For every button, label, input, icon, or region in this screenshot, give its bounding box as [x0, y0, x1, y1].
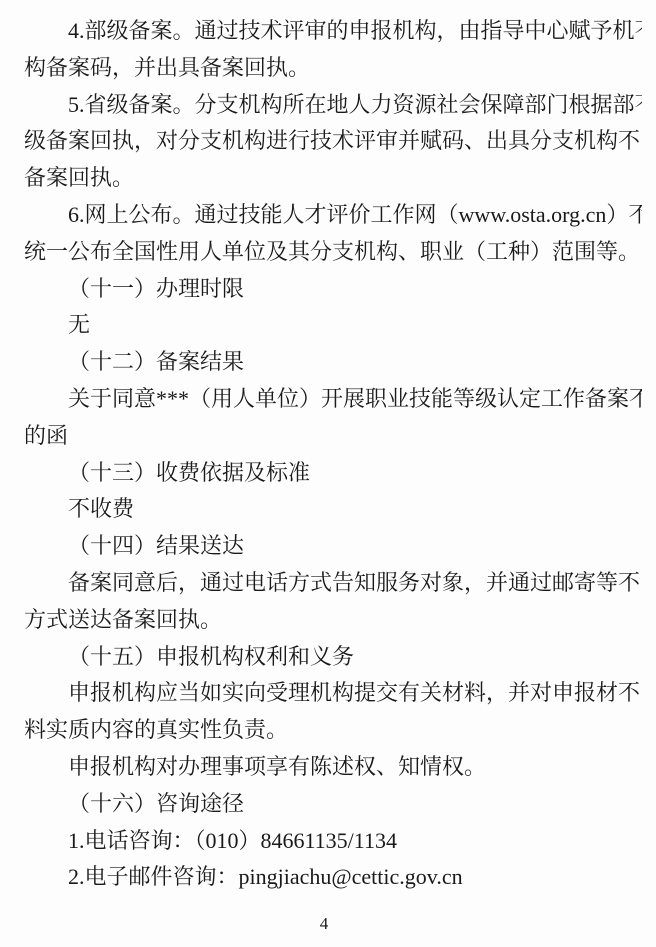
section-heading-line: （十二）备案结果 — [24, 344, 642, 381]
body-text-line: 级备案回执，对分支机构进行技术评审并赋码、出具分支机构不 — [24, 123, 642, 160]
section-heading-line: （十四）结果送达 — [24, 528, 642, 565]
body-text-line: 6.网上公布。通过技能人才评价工作网（www.osta.org.cn）不 — [24, 197, 642, 234]
body-text-line: 备案同意后，通过电话方式告知服务对象，并通过邮寄等不 — [24, 565, 642, 602]
section-heading-line: （十六）咨询途径 — [24, 786, 642, 823]
body-text-line: 申报机构对办理事项享有陈述权、知情权。 — [24, 749, 642, 786]
body-text-line: 构备案码，并出具备案回执。 — [24, 50, 642, 87]
document-page: 4.部级备案。通过技术评审的申报机构，由指导中心赋予机不 构备案码，并出具备案回… — [0, 0, 656, 947]
body-text-line: 不收费 — [24, 491, 642, 528]
phone-consult-line: 1.电话咨询：（010）84661135/1134 — [24, 823, 642, 860]
body-text-line: 备案回执。 — [24, 160, 642, 197]
section-heading-line: （十五）申报机构权利和义务 — [24, 639, 642, 676]
section-heading-line: （十三）收费依据及标准 — [24, 455, 642, 492]
email-consult-line: 2.电子邮件咨询：pingjiachu@cettic.gov.cn — [24, 859, 642, 896]
body-text-line: 关于同意***（用人单位）开展职业技能等级认定工作备案不 — [24, 381, 642, 418]
page-number: 4 — [15, 913, 633, 935]
section-heading-line: （十一）办理时限 — [24, 271, 642, 308]
body-text-line: 无 — [24, 307, 642, 344]
body-text-line: 料实质内容的真实性负责。 — [24, 712, 642, 749]
body-text-line: 申报机构应当如实向受理机构提交有关材料，并对申报材不 — [24, 675, 642, 712]
body-text-line: 方式送达备案回执。 — [24, 602, 642, 639]
body-text-line: 5.省级备案。分支机构所在地人力资源社会保障部门根据部不 — [24, 87, 642, 124]
body-text-line: 统一公布全国性用人单位及其分支机构、职业（工种）范围等。 — [24, 234, 642, 271]
body-text-line: 4.部级备案。通过技术评审的申报机构，由指导中心赋予机不 — [24, 13, 642, 50]
body-text-line: 的函 — [24, 418, 642, 455]
